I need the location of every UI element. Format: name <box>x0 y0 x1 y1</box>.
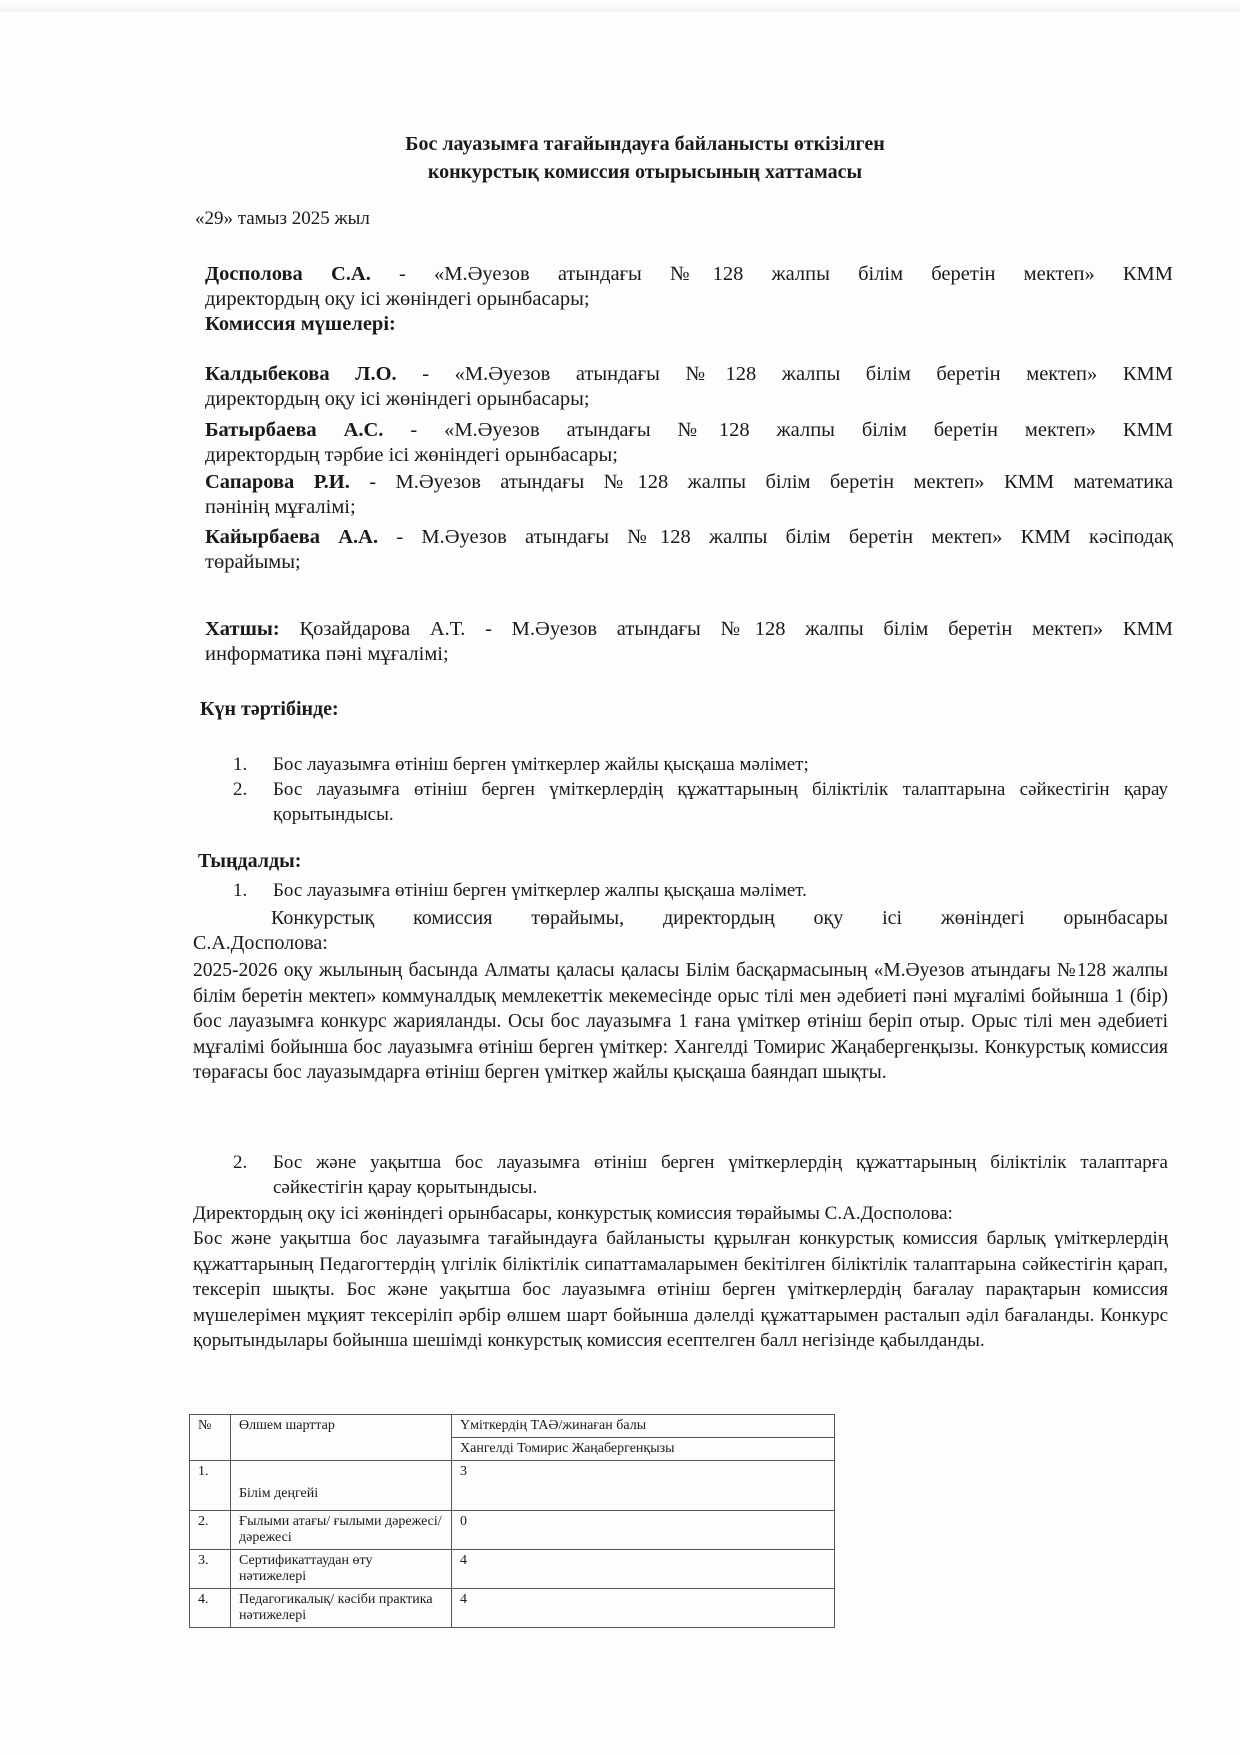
heard-item-2: 2. Бос және уақытша бос лауазымға өтініш… <box>233 1150 1168 1200</box>
row-num: 1. <box>190 1461 231 1511</box>
row-score: 4 <box>452 1589 835 1628</box>
chair-entry: Досполова С.А. - «М.Әуезов атындағы №128… <box>205 262 1173 337</box>
member-text-1: - М.Әуезов атындағы №128 жалпы білім бер… <box>378 526 1173 548</box>
members-heading: Комиссия мүшелері: <box>205 312 1173 337</box>
chair-text-2: директордың оқу ісі жөніндегі орынбасары… <box>205 287 1173 312</box>
header-score: Үміткердің ТАӘ/жинаған балы <box>452 1415 835 1438</box>
member-text-2: директордың тәрбие ісі жөніндегі орынбас… <box>205 443 1173 468</box>
table-row: 3. Сертификаттаудан өту нәтижелері 4 <box>190 1550 835 1589</box>
speaker-1: Конкурстық комиссия төрайымы, директорды… <box>193 906 1168 956</box>
member-name: Батырбаева А.С. <box>205 419 383 441</box>
heard-item-1: 1. Бос лауазымға өтініш берген үміткерле… <box>233 878 1168 903</box>
chair-text-1: - «М.Әуезов атындағы №128 жалпы білім бе… <box>371 263 1173 285</box>
member-text-2: төрайымы; <box>205 550 1173 575</box>
row-criteria: Білім деңгейі <box>231 1461 452 1511</box>
member-text-1: - М.Әуезов атындағы №128 жалпы білім бер… <box>350 471 1173 493</box>
secretary-entry: Хатшы: Қозайдарова А.Т. - М.Әуезов атынд… <box>205 617 1173 667</box>
title-line-1: Бос лауазымға тағайындауға байланысты өт… <box>50 130 1240 158</box>
speaker-2: Директордың оқу ісі жөніндегі орынбасары… <box>193 1201 1168 1226</box>
row-criteria: Ғылыми атағы/ ғылыми дәрежесі/ дәрежесі <box>231 1511 452 1550</box>
member-text-2: пәнінің мұғалімі; <box>205 495 1173 520</box>
secretary-text-1: Қозайдарова А.Т. - М.Әуезов атындағы №12… <box>280 618 1173 640</box>
member-entry: Кайырбаева А.А. - М.Әуезов атындағы №128… <box>205 525 1173 575</box>
row-num: 2. <box>190 1511 231 1550</box>
member-entry: Батырбаева А.С. - «М.Әуезов атындағы №12… <box>205 418 1173 468</box>
document-date: «29» тамыз 2025 жыл <box>195 208 370 230</box>
secretary-label: Хатшы: <box>205 618 280 640</box>
heard-item-number: 2. <box>233 1150 247 1175</box>
agenda-item-text: Бос лауазымға өтініш берген үміткерлерді… <box>273 779 1168 825</box>
agenda-item-number: 2. <box>233 777 247 802</box>
heard-heading: Тыңдалды: <box>198 850 301 873</box>
row-num: 4. <box>190 1589 231 1628</box>
header-num: № <box>190 1415 231 1461</box>
paragraph-1: 2025-2026 оқу жылының басында Алматы қал… <box>193 958 1168 1086</box>
table-header-row: № Өлшем шарттар Үміткердің ТАӘ/жинаған б… <box>190 1415 835 1438</box>
paragraph-2: Бос және уақытша бос лауазымға тағайында… <box>193 1226 1168 1354</box>
agenda-list: 1. Бос лауазымға өтініш берген үміткерле… <box>233 752 1168 827</box>
table-row: 2. Ғылыми атағы/ ғылыми дәрежесі/ дәреже… <box>190 1511 835 1550</box>
agenda-item-text: Бос лауазымға өтініш берген үміткерлер ж… <box>273 754 809 775</box>
member-name: Кайырбаева А.А. <box>205 526 378 548</box>
document-page: Бос лауазымға тағайындауға байланысты өт… <box>0 0 1240 1755</box>
table-row: 1. Білім деңгейі 3 <box>190 1461 835 1511</box>
row-score: 3 <box>452 1461 835 1511</box>
heard-item-text: Бос және уақытша бос лауазымға өтініш бе… <box>273 1152 1168 1198</box>
table-row: 4. Педагогикалық/ кәсіби практика нәтиже… <box>190 1589 835 1628</box>
speaker-1-line-1: Конкурстық комиссия төрайымы, директорды… <box>193 906 1168 931</box>
member-name: Калдыбекова Л.О. <box>205 363 397 385</box>
member-name: Сапарова Р.И. <box>205 471 350 493</box>
row-criteria: Сертификаттаудан өту нәтижелері <box>231 1550 452 1589</box>
secretary-text-2: информатика пәні мұғалімі; <box>205 642 1173 667</box>
agenda-item: 1. Бос лауазымға өтініш берген үміткерле… <box>233 752 1168 777</box>
speaker-1-line-2: С.А.Досполова: <box>193 931 1168 956</box>
member-text-1: - «М.Әуезов атындағы №128 жалпы білім бе… <box>397 363 1173 385</box>
member-entry: Сапарова Р.И. - М.Әуезов атындағы №128 ж… <box>205 470 1173 520</box>
member-entry: Калдыбекова Л.О. - «М.Әуезов атындағы №1… <box>205 362 1173 412</box>
title-line-2: конкурстық комиссия отырысының хаттамасы <box>50 158 1240 186</box>
header-criteria: Өлшем шарттар <box>231 1415 452 1461</box>
member-text-1: - «М.Әуезов атындағы №128 жалпы білім бе… <box>383 419 1173 441</box>
document-title: Бос лауазымға тағайындауға байланысты өт… <box>0 130 1240 186</box>
row-score: 0 <box>452 1511 835 1550</box>
header-candidate: Хангелді Томирис Жаңабергенқызы <box>452 1438 835 1461</box>
row-criteria: Педагогикалық/ кәсіби практика нәтижелер… <box>231 1589 452 1628</box>
row-num: 3. <box>190 1550 231 1589</box>
member-text-2: директордың оқу ісі жөніндегі орынбасары… <box>205 387 1173 412</box>
score-table: № Өлшем шарттар Үміткердің ТАӘ/жинаған б… <box>189 1414 835 1628</box>
agenda-heading: Күн тәртібінде: <box>200 698 339 721</box>
heard-item-text: Бос лауазымға өтініш берген үміткерлер ж… <box>273 880 807 901</box>
chair-name: Досполова С.А. <box>205 263 371 285</box>
row-score: 4 <box>452 1550 835 1589</box>
agenda-item-number: 1. <box>233 752 247 777</box>
heard-item-number: 1. <box>233 878 247 903</box>
agenda-item: 2. Бос лауазымға өтініш берген үміткерле… <box>233 777 1168 827</box>
